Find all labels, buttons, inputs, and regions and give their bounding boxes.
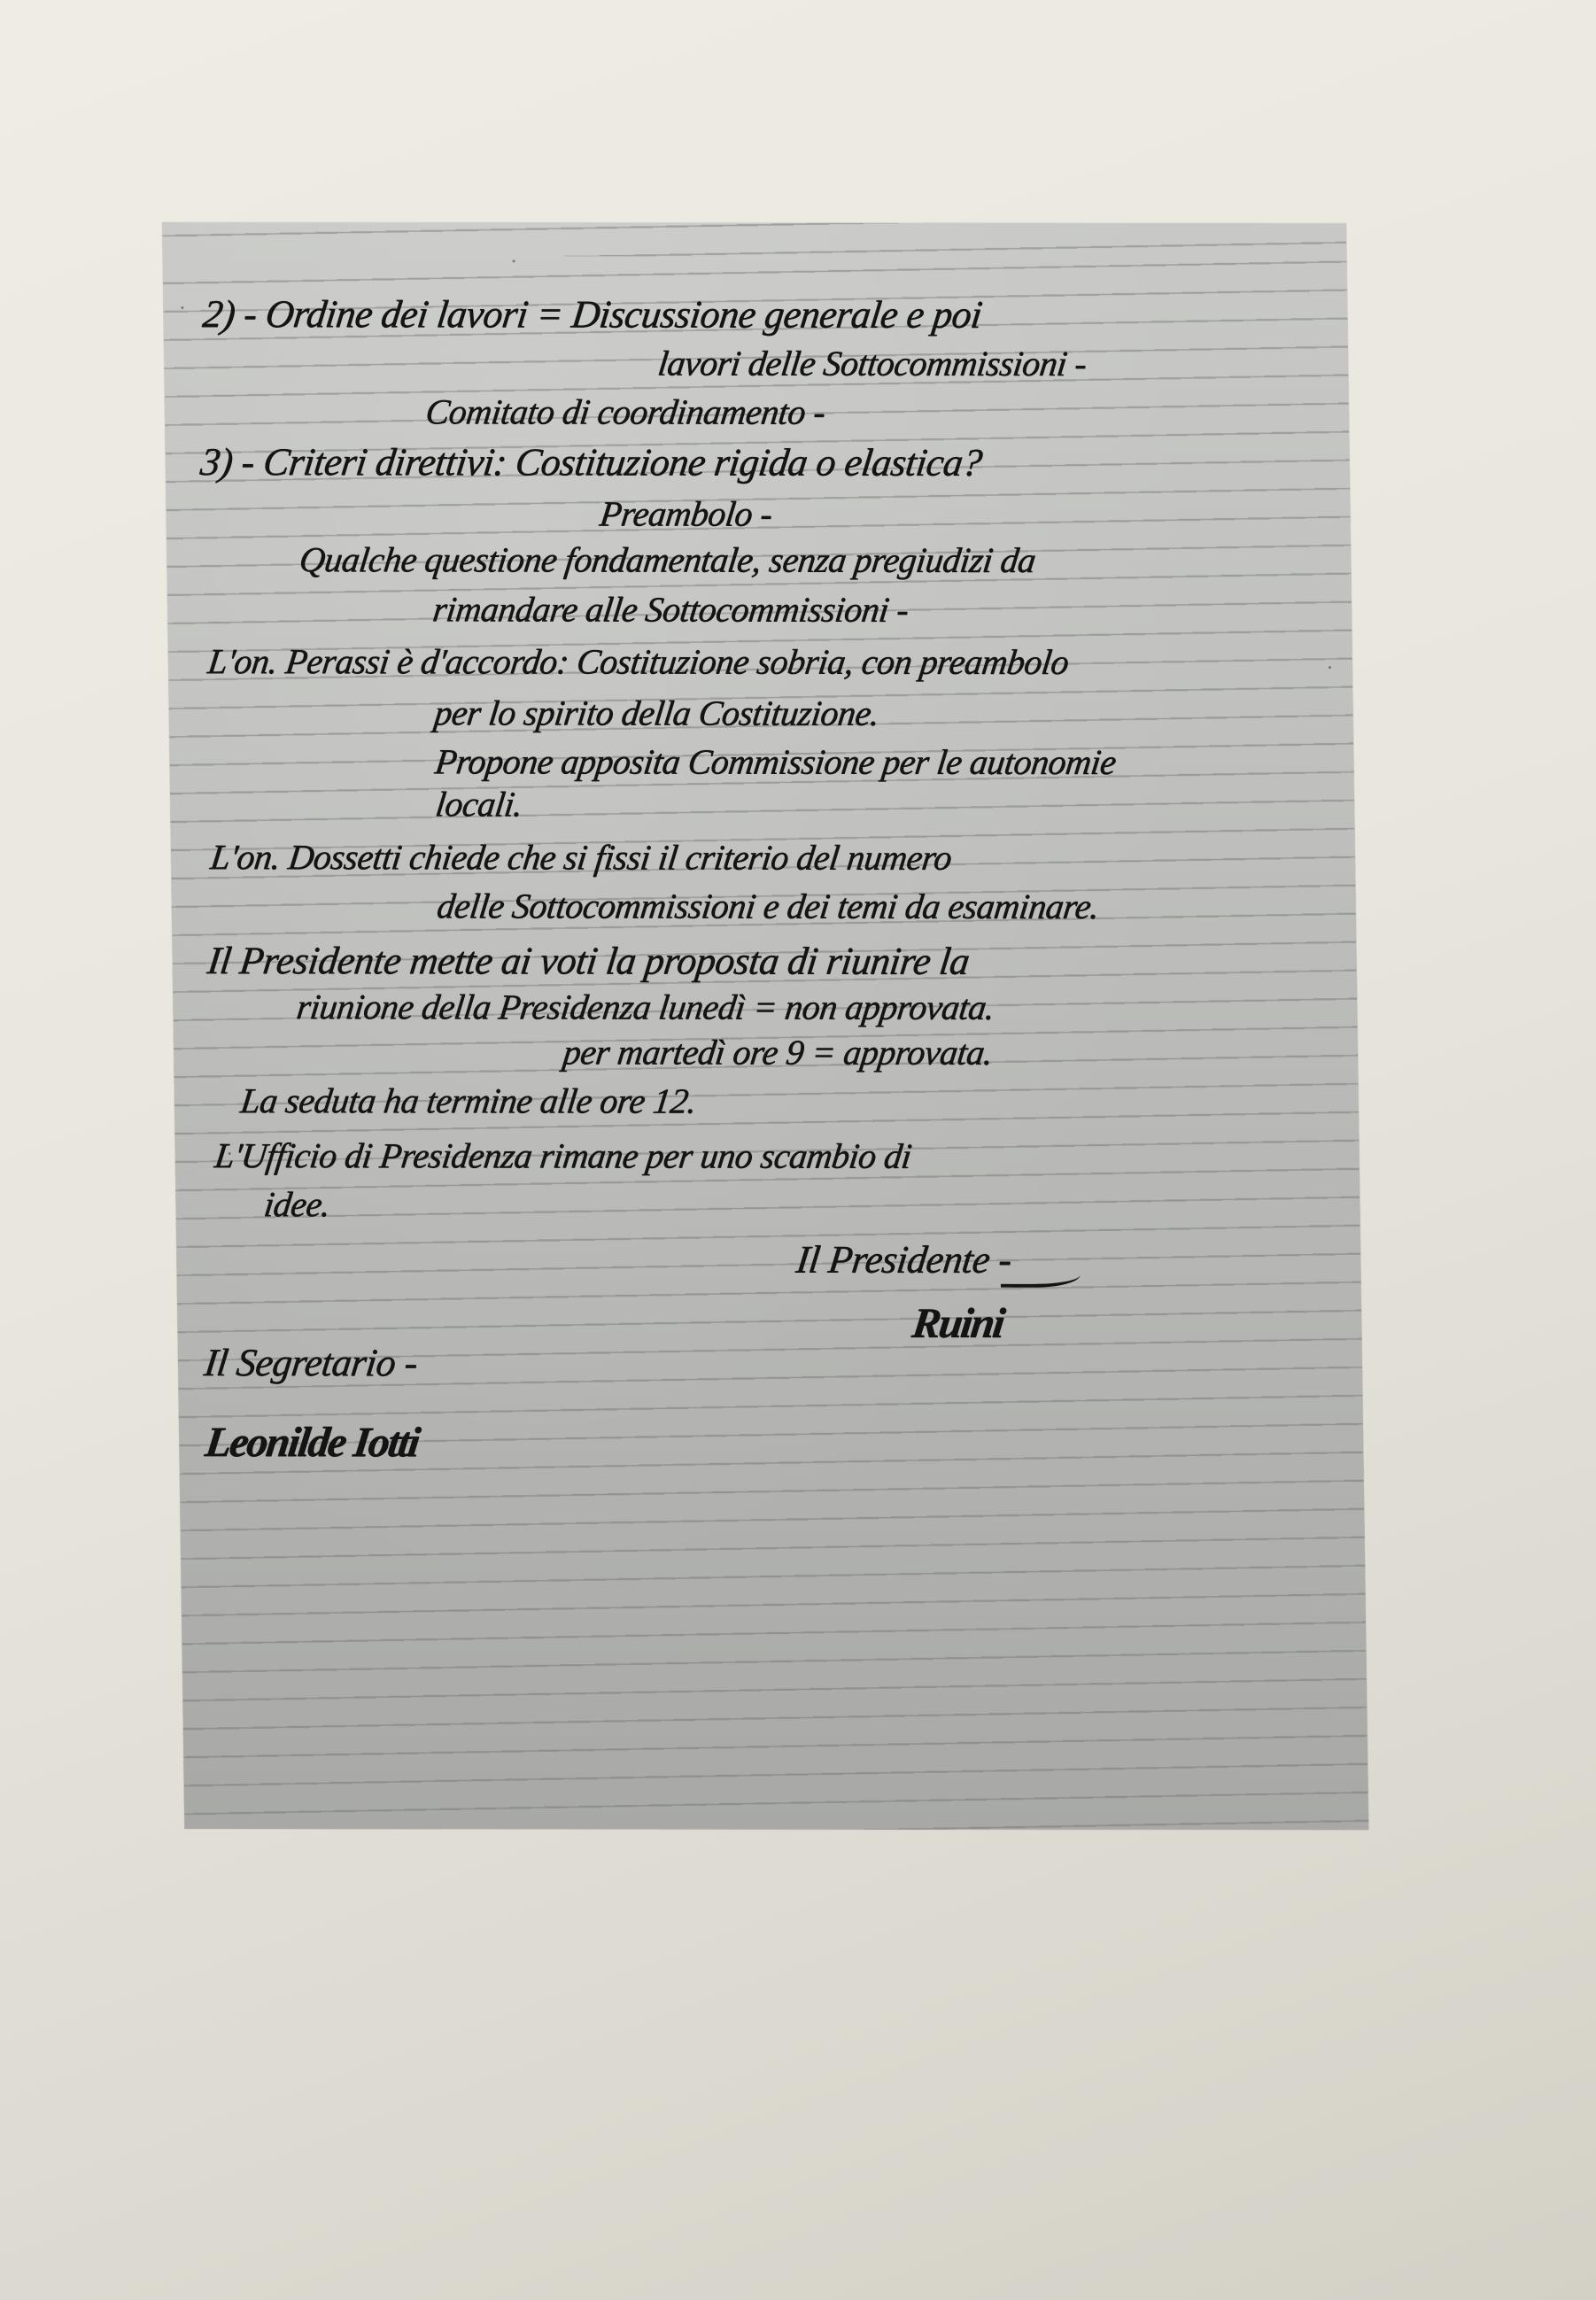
minutes-line-10: Propone apposita Commissione per le auto… xyxy=(433,740,1119,783)
minutes-line-15: riunione della Presidenza lunedì = non a… xyxy=(294,986,996,1028)
president-signature: Ruini xyxy=(910,1299,1006,1348)
minutes-line-3: Comitato di coordinamento - xyxy=(423,391,828,432)
minutes-line-14: Il Presidente mette ai voti la proposta … xyxy=(205,938,972,984)
handwritten-minutes-photo: 2) - Ordine dei lavori = Discussione gen… xyxy=(162,222,1368,1830)
minutes-line-12: L'on. Dossetti chiede che si fissi il cr… xyxy=(208,836,954,879)
paper-speck xyxy=(513,259,515,262)
paper-speck xyxy=(1329,666,1331,669)
secretary-signature: Leonilde Iotti xyxy=(203,1418,422,1467)
minutes-line-19: idee. xyxy=(262,1183,333,1225)
minutes-line-8: L'on. Perassi è d'accordo: Costituzione … xyxy=(205,640,1071,683)
minutes-line-13: delle Sottocommissioni e dei temi da esa… xyxy=(435,885,1102,927)
signature-flourish xyxy=(1000,1266,1080,1288)
minutes-line-4: 3) - Criteri direttivi: Costituzione rig… xyxy=(198,439,985,485)
minutes-line-18: L'Ufficio di Presidenza rimane per uno s… xyxy=(213,1135,914,1177)
minutes-line-11: locali. xyxy=(433,783,525,825)
paper-speck xyxy=(181,306,183,309)
minutes-line-16: per martedì ore 9 = approvata. xyxy=(561,1031,995,1073)
minutes-line-2: lavori delle Sottocommissioni - xyxy=(655,342,1089,383)
minutes-line-7: rimandare alle Sottocommissioni - xyxy=(430,588,910,630)
minutes-line-17: La seduta ha termine alle ore 12. xyxy=(238,1080,699,1121)
minutes-line-5: Preambolo - xyxy=(598,492,775,534)
minutes-line-1: 2) - Ordine dei lavori = Discussione gen… xyxy=(200,291,984,337)
secretary-title: Il Segretario - xyxy=(202,1340,421,1385)
minutes-line-9: per lo spirito della Costituzione. xyxy=(432,692,882,733)
minutes-line-6: Qualche questione fondamentale, senza pr… xyxy=(297,538,1038,581)
president-title: Il Presidente - xyxy=(794,1237,1014,1282)
book-page: 2) - Ordine dei lavori = Discussione gen… xyxy=(0,0,1596,2300)
